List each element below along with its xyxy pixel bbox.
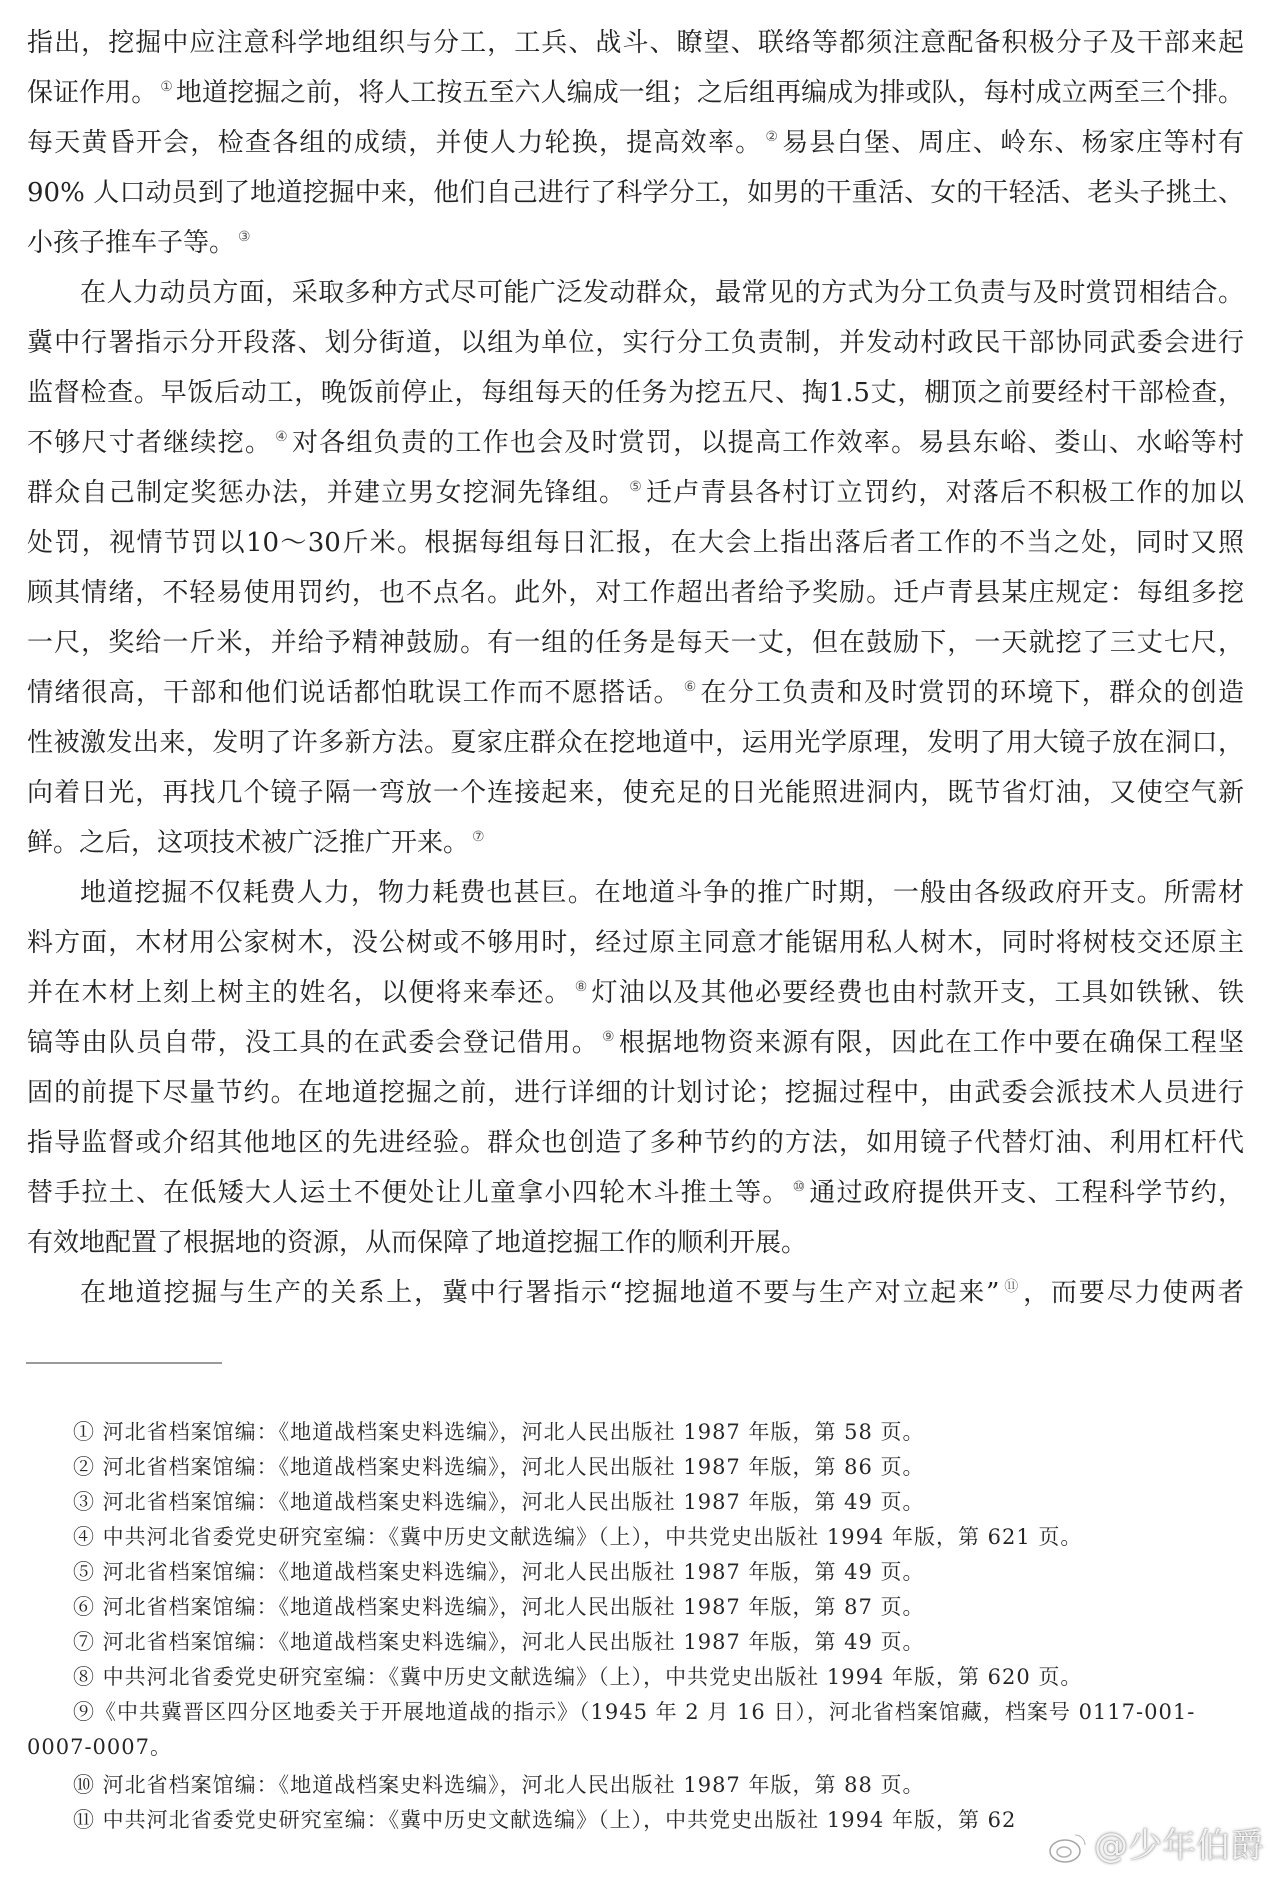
body-line: 在人力动员方面，采取多种方式尽可能广泛发动群众，最常见的方式为分工负责与及时赏罚… [80,268,1244,318]
watermark: @少年伯爵 [1048,1822,1264,1870]
body-line-text: 情绪很高，干部和他们说话都怕耽误工作而不愿搭话。 [27,678,681,708]
body-line: 镐等由队员自带，没工具的在武委会登记借用。⑨根据地物资来源有限，因此在工作中要在… [27,1018,1244,1068]
body-line-text: 根据地物资来源有限，因此在工作中要在确保工程坚 [619,1028,1244,1058]
footnote-item: ② 河北省档案馆编：《地道战档案史料选编》，河北人民出版社 1987 年版，第 … [73,1450,1244,1485]
body-line-text: 地道挖掘之前，将人工按五至六人编成一组；之后组再编成为排或队，每村成立两至三个排… [176,78,1244,108]
body-line-text: 在地道挖掘与生产的关系上，冀中行署指示“挖掘地道不要与生产对立起来” [80,1278,999,1308]
body-line-text: 群众自己制定奖惩办法，并建立男女挖洞先锋组。 [27,478,626,508]
body-line-text: 料方面，木材用公家树木，没公树或不够用时，经过原主同意才能锯用私人树木，同时将树… [27,928,1244,958]
body-line-text: 通过政府提供开支、工程科学节约， [809,1178,1244,1208]
footnote-reference[interactable]: ⑩ [793,1179,807,1195]
body-line: 地道挖掘不仅耗费人力，物力耗费也甚巨。在地道斗争的推广时期，一般由各级政府开支。… [80,868,1244,918]
body-line-text: 指出，挖掘中应注意科学地组织与分工，工兵、战斗、瞭望、联络等都须注意配备积极分子… [27,28,1244,58]
body-line-text: 迁卢青县各村订立罚约，对落后不积极工作的加以 [646,478,1244,508]
body-line-text: 指导监督或介绍其他地区的先进经验。群众也创造了多种节约的方法，如用镜子代替灯油、… [27,1128,1244,1158]
footnote-reference[interactable]: ⑨ [602,1029,616,1045]
body-line: 群众自己制定奖惩办法，并建立男女挖洞先锋组。⑤迁卢青县各村订立罚约，对落后不积极… [27,468,1244,518]
body-line-text: 地道挖掘不仅耗费人力，物力耗费也甚巨。在地道斗争的推广时期，一般由各级政府开支。… [80,878,1244,908]
body-line-text: 有效地配置了根据地的资源，从而保障了地道挖掘工作的顺利开展。 [27,1228,807,1258]
footnote-reference[interactable]: ⑤ [629,479,643,495]
body-line-text: 处罚，视情节罚以10～30斤米。根据每组每日汇报，在大会上指出落后者工作的不当之… [27,528,1244,558]
body-line: 性被激发出来，发明了许多新方法。夏家庄群众在挖地道中，运用光学原理，发明了用大镜… [27,718,1244,768]
body-line: 在地道挖掘与生产的关系上，冀中行署指示“挖掘地道不要与生产对立起来”⑪，而要尽力… [80,1268,1244,1318]
body-line-text: 小孩子推车子等。 [27,228,235,258]
body-line: 料方面，木材用公家树木，没公树或不够用时，经过原主同意才能锯用私人树木，同时将树… [27,918,1244,968]
footnote-item: ⑤ 河北省档案馆编：《地道战档案史料选编》，河北人民出版社 1987 年版，第 … [73,1555,1244,1590]
body-line: 指导监督或介绍其他地区的先进经验。群众也创造了多种节约的方法，如用镜子代替灯油、… [27,1118,1244,1168]
body-line: 并在木材上刻上树主的姓名，以便将来奉还。⑧灯油以及其他必要经费也由村款开支，工具… [27,968,1244,1018]
body-line-text: 替手拉土、在低矮大人运土不便处让儿童拿小四轮木斗推土等。 [27,1178,790,1208]
body-line: 不够尺寸者继续挖。④对各组负责的工作也会及时赏罚，以提高工作效率。易县东峪、娄山… [27,418,1244,468]
body-line: 小孩子推车子等。③ [27,218,1244,268]
footnote-item: ⑦ 河北省档案馆编：《地道战档案史料选编》，河北人民出版社 1987 年版，第 … [73,1625,1244,1660]
footnote-item: ① 河北省档案馆编：《地道战档案史料选编》，河北人民出版社 1987 年版，第 … [73,1415,1244,1450]
footnote-reference[interactable]: ④ [275,429,289,445]
body-line-text: 顾其情绪，不轻易使用罚约，也不点名。此外，对工作超出者给予奖励。迁卢青县某庄规定… [27,578,1244,608]
body-line-text: 易县白堡、周庄、岭东、杨家庄等村有 [782,128,1244,158]
body-line: 鲜。之后，这项技术被广泛推广开来。⑦ [27,818,1244,868]
body-line: 固的前提下尽量节约。在地道挖掘之前，进行详细的计划讨论；挖掘过程中，由武委会派技… [27,1068,1244,1118]
footnote-item: ⑨《中共冀晋区四分区地委关于开展地道战的指示》（1945 年 2 月 16 日）… [73,1695,1244,1730]
footnote-item: ③ 河北省档案馆编：《地道战档案史料选编》，河北人民出版社 1987 年版，第 … [73,1485,1244,1520]
body-line: 90% 人口动员到了地道挖掘中来，他们自己进行了科学分工，如男的干重活、女的干轻… [27,168,1244,218]
body-line-text: 不够尺寸者继续挖。 [27,428,272,458]
body-line-text: 鲜。之后，这项技术被广泛推广开来。 [27,828,469,858]
body-line-text: 90% 人口动员到了地道挖掘中来，他们自己进行了科学分工，如男的干重活、女的干轻… [27,178,1244,208]
body-line-text: 保证作用。 [27,78,157,108]
footnote-reference[interactable]: ⑪ [1002,1279,1020,1295]
body-line-text: 向着日光，再找几个镜子隔一弯放一个连接起来，使充足的日光能照进洞内，既节省灯油，… [27,778,1244,808]
body-line: 监督检查。早饭后动工，晚饭前停止，每组每天的任务为挖五尺、掏1.5丈，棚顶之前要… [27,368,1244,418]
body-line: 向着日光，再找几个镜子隔一弯放一个连接起来，使充足的日光能照进洞内，既节省灯油，… [27,768,1244,818]
body-line-text: ，而要尽力使两者 [1023,1278,1244,1308]
body-line: 每天黄昏开会，检查各组的成绩，并使人力轮换，提高效率。②易县白堡、周庄、岭东、杨… [27,118,1244,168]
footnote-item: ⑩ 河北省档案馆编：《地道战档案史料选编》，河北人民出版社 1987 年版，第 … [73,1768,1244,1803]
weibo-logo-icon [1048,1829,1088,1863]
body-line-text: 灯油以及其他必要经费也由村款开支，工具如铁锹、铁 [592,978,1244,1008]
footnote-item: 0007-0007。 [27,1730,1198,1765]
body-line-text: 在人力动员方面，采取多种方式尽可能广泛发动群众，最常见的方式为分工负责与及时赏罚… [80,278,1244,308]
body-line-text: 每天黄昏开会，检查各组的成绩，并使人力轮换，提高效率。 [27,128,762,158]
body-line-text: 对各组负责的工作也会及时赏罚，以提高工作效率。易县东峪、娄山、水峪等村 [292,428,1244,458]
body-line-text: 并在木材上刻上树主的姓名，以便将来奉还。 [27,978,572,1008]
body-line-text: 镐等由队员自带，没工具的在武委会登记借用。 [27,1028,599,1058]
footnote-reference[interactable]: ⑥ [684,679,698,695]
footnote-reference[interactable]: ⑦ [472,829,485,845]
body-line: 替手拉土、在低矮大人运土不便处让儿童拿小四轮木斗推土等。⑩通过政府提供开支、工程… [27,1168,1244,1218]
body-line-text: 固的前提下尽量节约。在地道挖掘之前，进行详细的计划讨论；挖掘过程中，由武委会派技… [27,1078,1244,1108]
footnote-reference[interactable]: ③ [238,229,251,245]
body-line: 有效地配置了根据地的资源，从而保障了地道挖掘工作的顺利开展。 [27,1218,1244,1268]
body-line: 顾其情绪，不轻易使用罚约，也不点名。此外，对工作超出者给予奖励。迁卢青县某庄规定… [27,568,1244,618]
body-line-text: 性被激发出来，发明了许多新方法。夏家庄群众在挖地道中，运用光学原理，发明了用大镜… [27,728,1244,758]
body-line-text: 监督检查。早饭后动工，晚饭前停止，每组每天的任务为挖五尺、掏1.5丈，棚顶之前要… [27,378,1244,408]
book-page: 指出，挖掘中应注意科学地组织与分工，工兵、战斗、瞭望、联络等都须注意配备积极分子… [0,0,1284,1879]
footnote-item: ⑥ 河北省档案馆编：《地道战档案史料选编》，河北人民出版社 1987 年版，第 … [73,1590,1244,1625]
footnote-reference[interactable]: ② [765,129,779,145]
body-line-text: 冀中行署指示分开段落、划分街道，以组为单位，实行分工负责制，并发动村政民干部协同… [27,328,1244,358]
footnote-divider [26,1362,222,1364]
body-line-text: 在分工负责和及时赏罚的环境下，群众的创造 [700,678,1244,708]
footnote-reference[interactable]: ① [160,79,173,95]
body-line: 一尺，奖给一斤米，并给予精神鼓励。有一组的任务是每天一丈，但在鼓励下，一天就挖了… [27,618,1244,668]
body-line-text: 一尺，奖给一斤米，并给予精神鼓励。有一组的任务是每天一丈，但在鼓励下，一天就挖了… [27,628,1244,658]
footnote-item: ⑧ 中共河北省委党史研究室编：《冀中历史文献选编》（上），中共党史出版社 199… [73,1660,1244,1695]
watermark-text: @少年伯爵 [1094,1822,1264,1870]
footnote-reference[interactable]: ⑧ [575,979,589,995]
body-line: 冀中行署指示分开段落、划分街道，以组为单位，实行分工负责制，并发动村政民干部协同… [27,318,1244,368]
body-line: 处罚，视情节罚以10～30斤米。根据每组每日汇报，在大会上指出落后者工作的不当之… [27,518,1244,568]
footnote-item: ④ 中共河北省委党史研究室编：《冀中历史文献选编》（上），中共党史出版社 199… [73,1520,1244,1555]
body-line: 指出，挖掘中应注意科学地组织与分工，工兵、战斗、瞭望、联络等都须注意配备积极分子… [27,18,1244,68]
body-line: 保证作用。①地道挖掘之前，将人工按五至六人编成一组；之后组再编成为排或队，每村成… [27,68,1244,118]
body-line: 情绪很高，干部和他们说话都怕耽误工作而不愿搭话。⑥在分工负责和及时赏罚的环境下，… [27,668,1244,718]
